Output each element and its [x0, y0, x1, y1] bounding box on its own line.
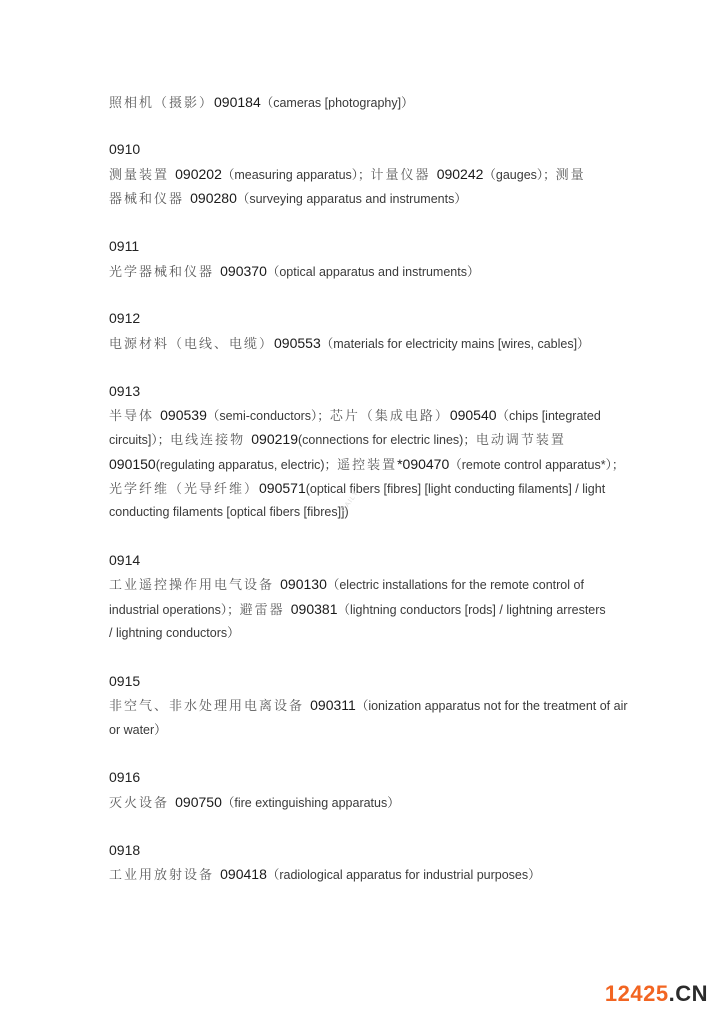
- text-line: conducting filaments [optical fibers [fi…: [109, 500, 349, 524]
- english-term: （electric installations for the remote c…: [327, 578, 584, 592]
- chinese-term: 照相机（摄影）: [109, 96, 214, 111]
- english-term: （fire extinguishing apparatus）: [222, 796, 400, 810]
- chinese-term: 非空气、非水处理用电离设备: [109, 699, 310, 714]
- class-code: *090470: [397, 456, 449, 472]
- english-term: / lightning conductors）: [109, 626, 240, 640]
- chinese-term: 半导体: [109, 409, 160, 424]
- english-term: （chips [integrated: [497, 409, 601, 423]
- logo-number: 12425: [605, 981, 669, 1006]
- text-line: circuits]）；电线连接物 090219(connections for …: [109, 427, 566, 453]
- chinese-term: 电线连接物: [170, 433, 251, 448]
- english-term: （gauges）；: [483, 168, 555, 182]
- chinese-term: 电源材料（电线、电缆）: [109, 337, 274, 352]
- chinese-term: 芯片（集成电路）: [330, 409, 450, 424]
- english-term: or water）: [109, 723, 167, 737]
- section-heading: 0915: [109, 669, 140, 693]
- class-code: 090540: [450, 407, 497, 423]
- english-term: conducting filaments [optical fibers [fi…: [109, 505, 349, 519]
- section-heading: 0911: [109, 234, 139, 258]
- class-code: 090750: [175, 794, 222, 810]
- text-line: 非空气、非水处理用电离设备 090311（ionization apparatu…: [109, 693, 628, 719]
- section-heading: 0913: [109, 379, 140, 403]
- chinese-term: 遥控装置: [337, 458, 397, 473]
- english-term: circuits]）；: [109, 433, 170, 447]
- chinese-term: 计量仪器: [371, 168, 437, 183]
- chinese-term: 工业遥控操作用电气设备: [109, 578, 280, 593]
- section-heading: 0912: [109, 306, 140, 330]
- logo-domain: .CN: [669, 981, 708, 1006]
- section-heading: 0914: [109, 548, 140, 572]
- class-code: 090553: [274, 335, 321, 351]
- english-term: （surveying apparatus and instruments）: [237, 192, 467, 206]
- english-term: （cameras [photography]）: [261, 96, 414, 110]
- english-term: （semi-conductors）；: [207, 409, 330, 423]
- english-term: （lightning conductors [rods] / lightning…: [337, 603, 605, 617]
- english-term: （ionization apparatus not for the treatm…: [356, 699, 628, 713]
- english-term: （measuring apparatus）；: [222, 168, 371, 182]
- class-code: 090184: [214, 94, 261, 110]
- class-code: 090571: [259, 480, 306, 496]
- chinese-term: 工业用放射设备: [109, 868, 220, 883]
- class-code: 090202: [175, 166, 222, 182]
- chinese-term: 光学纤维（光导纤维）: [109, 482, 259, 497]
- chinese-term: 避雷器: [240, 603, 291, 618]
- section-heading: 0918: [109, 838, 140, 862]
- site-logo[interactable]: 12425.CN: [605, 981, 708, 1007]
- chinese-term: 电动调节装置: [476, 433, 566, 448]
- class-code: 090219: [251, 431, 298, 447]
- text-line: 工业用放射设备 090418（radiological apparatus fo…: [109, 862, 541, 888]
- class-code: 090242: [437, 166, 484, 182]
- class-code: 090418: [220, 866, 267, 882]
- class-code: 090130: [280, 576, 327, 592]
- english-term: （materials for electricity mains [wires,…: [321, 337, 590, 351]
- class-code: 090539: [160, 407, 207, 423]
- chinese-term: 测量装置: [109, 168, 175, 183]
- section-heading: 0910: [109, 137, 140, 161]
- text-line: 器械和仪器 090280（surveying apparatus and ins…: [109, 186, 467, 212]
- text-line: 090150(regulating apparatus, electric)；遥…: [109, 452, 624, 478]
- text-line: industrial operations）；避雷器 090381（lightn…: [109, 597, 606, 623]
- text-line: 光学器械和仪器 090370（optical apparatus and ins…: [109, 259, 479, 285]
- english-term: industrial operations）；: [109, 603, 240, 617]
- class-code: 090280: [190, 190, 237, 206]
- text-line: 半导体 090539（semi-conductors）；芯片（集成电路）0905…: [109, 403, 601, 429]
- text-line: 照相机（摄影）090184（cameras [photography]）: [109, 90, 414, 116]
- english-term: （optical apparatus and instruments）: [267, 265, 480, 279]
- text-line: 光学纤维（光导纤维）090571(optical fibers [fibres]…: [109, 476, 605, 502]
- class-code: 090381: [291, 601, 338, 617]
- english-term: (connections for electric lines)；: [298, 433, 476, 447]
- section-heading: 0916: [109, 765, 140, 789]
- text-line: 工业遥控操作用电气设备 090130（electric installation…: [109, 572, 584, 598]
- chinese-term: 测量: [556, 168, 586, 183]
- class-code: 090370: [220, 263, 267, 279]
- chinese-term: 光学器械和仪器: [109, 265, 220, 280]
- text-line: or water）: [109, 718, 167, 742]
- text-line: 测量装置 090202（measuring apparatus）；计量仪器 09…: [109, 162, 586, 188]
- text-line: 电源材料（电线、电缆）090553（materials for electric…: [109, 331, 590, 357]
- text-line: / lightning conductors）: [109, 621, 240, 645]
- class-code: 090311: [310, 697, 356, 713]
- english-term: (regulating apparatus, electric)；: [156, 458, 337, 472]
- chinese-term: 灭火设备: [109, 796, 175, 811]
- class-code: 090150: [109, 456, 156, 472]
- chinese-term: 器械和仪器: [109, 192, 190, 207]
- english-term: （remote control apparatus*）；: [449, 458, 624, 472]
- text-line: 灭火设备 090750（fire extinguishing apparatus…: [109, 790, 400, 816]
- english-term: （radiological apparatus for industrial p…: [267, 868, 541, 882]
